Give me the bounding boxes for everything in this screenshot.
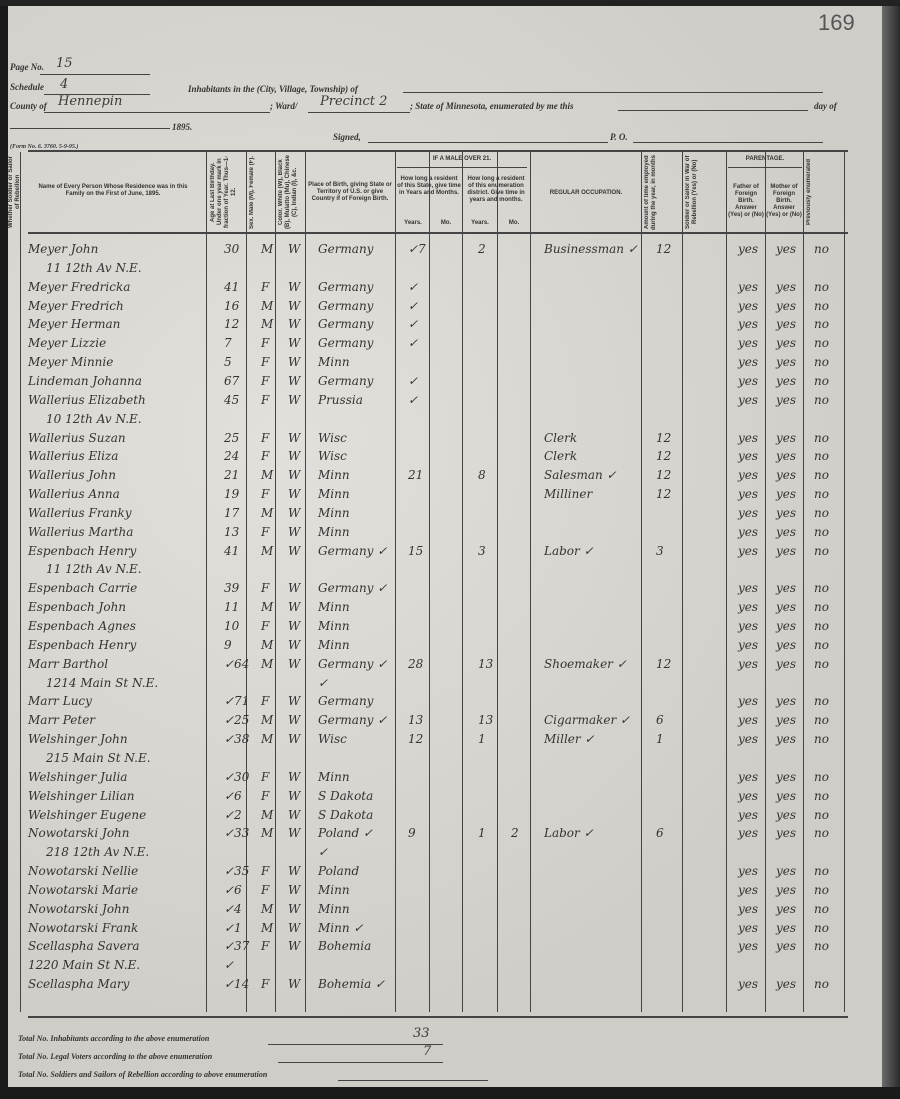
- row-name: Wallerius Franky: [28, 506, 132, 520]
- row-previously: no: [814, 808, 829, 822]
- table-row: Espenbach Henry41MWGermany ✓153Labor ✓3y…: [16, 544, 836, 562]
- row-sex: F: [261, 355, 269, 369]
- row-state-years: 12: [408, 732, 423, 746]
- row-district-years: 3: [478, 544, 486, 558]
- col-state-years: Years.: [397, 220, 429, 227]
- col-father: Father of Foreign Birth. Answer (Yes) or…: [728, 184, 764, 219]
- row-birthplace: Bohemia: [318, 939, 371, 953]
- row-mother-foreign: yes: [776, 336, 796, 350]
- row-color: W: [288, 299, 300, 313]
- row-name: Nowotarski Marie: [28, 883, 138, 897]
- row-sex: M: [261, 299, 273, 313]
- row-name: Welshinger Lilian: [28, 789, 134, 803]
- row-age: ✓37: [224, 939, 249, 953]
- row-father-foreign: yes: [738, 619, 758, 633]
- row-months: 1: [656, 732, 664, 746]
- row-age: 45: [224, 393, 239, 407]
- row-sex: M: [261, 544, 273, 558]
- row-father-foreign: yes: [738, 902, 758, 916]
- row-father-foreign: yes: [738, 826, 758, 840]
- row-age: ✓64: [224, 657, 249, 671]
- table-row: Meyer Fredricka41FWGermany✓yesyesno: [16, 280, 836, 298]
- table-row: Wallerius Suzan25FWWiscClerk12yesyesno: [16, 431, 836, 449]
- row-birthplace: ✓: [318, 676, 328, 690]
- row-color: W: [288, 657, 300, 671]
- table-row: Wallerius Martha13FWMinnyesyesno: [16, 525, 836, 543]
- total-soldiers-label: Total No. Soldiers and Sailors of Rebell…: [18, 1070, 267, 1079]
- row-mother-foreign: yes: [776, 242, 796, 256]
- row-previously: no: [814, 789, 829, 803]
- table-row: Scellaspha Mary✓14FWBohemia ✓yesyesno: [16, 977, 836, 995]
- row-name: Meyer Fredrich: [28, 299, 124, 313]
- row-previously: no: [814, 921, 829, 935]
- row-sex: F: [261, 393, 269, 407]
- row-previously: no: [814, 374, 829, 388]
- row-district-years: 13: [478, 713, 493, 727]
- row-father-foreign: yes: [738, 280, 758, 294]
- row-previously: no: [814, 431, 829, 445]
- row-mother-foreign: yes: [776, 525, 796, 539]
- row-sex: F: [261, 939, 269, 953]
- row-color: W: [288, 694, 300, 708]
- table-row: Wallerius Anna19FWMinnMilliner12yesyesno: [16, 487, 836, 505]
- row-father-foreign: yes: [738, 374, 758, 388]
- row-age: 10: [224, 619, 239, 633]
- table-row: Welshinger John✓38MWWisc121Miller ✓1yesy…: [16, 732, 836, 750]
- row-color: W: [288, 619, 300, 633]
- table-row: Meyer Lizzie7FWGermany✓yesyesno: [16, 336, 836, 354]
- row-previously: no: [814, 732, 829, 746]
- row-mother-foreign: yes: [776, 902, 796, 916]
- row-name: Meyer John: [28, 242, 98, 256]
- row-state-years: ✓: [408, 280, 418, 294]
- row-mother-foreign: yes: [776, 600, 796, 614]
- row-color: W: [288, 902, 300, 916]
- row-birthplace: ✓: [318, 845, 328, 859]
- table-row: Lindeman Johanna67FWGermany✓yesyesno: [16, 374, 836, 392]
- row-previously: no: [814, 506, 829, 520]
- row-sex: F: [261, 789, 269, 803]
- total-inhabitants-value: 33: [413, 1026, 430, 1041]
- row-color: W: [288, 449, 300, 463]
- row-months: 12: [656, 449, 671, 463]
- row-color: W: [288, 242, 300, 256]
- row-name: Wallerius Elizabeth: [28, 393, 146, 407]
- sheet-number: 169: [818, 10, 855, 36]
- table-row: Scellaspha Savera✓37FWBohemiayesyesno: [16, 939, 836, 957]
- total-voters-value: 7: [423, 1044, 431, 1059]
- row-mother-foreign: yes: [776, 883, 796, 897]
- row-name: Wallerius Suzan: [28, 431, 126, 445]
- row-birthplace: Minn: [318, 506, 350, 520]
- row-name: Meyer Minnie: [28, 355, 113, 369]
- row-age: ✓6: [224, 789, 242, 803]
- row-sex: M: [261, 921, 273, 935]
- row-name: Espenbach Henry: [28, 544, 136, 558]
- row-name: Nowotarski Frank: [28, 921, 138, 935]
- col-res-district: How long a resident of this enumeration …: [464, 176, 528, 204]
- row-sex: F: [261, 581, 269, 595]
- row-father-foreign: yes: [738, 525, 758, 539]
- row-previously: no: [814, 770, 829, 784]
- row-birthplace: Germany ✓: [318, 581, 387, 595]
- table-row: Marr Peter✓25MWGermany ✓1313Cigarmaker ✓…: [16, 713, 836, 731]
- table-row: 11 12th Av N.E.: [16, 261, 836, 279]
- row-age: ✓35: [224, 864, 249, 878]
- col-res-state: How long a resident of this State, give …: [397, 176, 461, 197]
- row-father-foreign: yes: [738, 638, 758, 652]
- row-birthplace: Minn: [318, 487, 350, 501]
- row-previously: no: [814, 280, 829, 294]
- row-months: 12: [656, 431, 671, 445]
- row-mother-foreign: yes: [776, 317, 796, 331]
- row-father-foreign: yes: [738, 355, 758, 369]
- row-color: W: [288, 713, 300, 727]
- row-birthplace: Minn: [318, 525, 350, 539]
- row-mother-foreign: yes: [776, 713, 796, 727]
- row-mother-foreign: yes: [776, 789, 796, 803]
- row-birthplace: Germany: [318, 336, 373, 350]
- row-father-foreign: yes: [738, 789, 758, 803]
- row-father-foreign: yes: [738, 600, 758, 614]
- row-state-years: ✓: [408, 374, 418, 388]
- row-age: 21: [224, 468, 239, 482]
- row-previously: no: [814, 487, 829, 501]
- table-row: Wallerius Eliza24FWWiscClerk12yesyesno: [16, 449, 836, 467]
- row-father-foreign: yes: [738, 883, 758, 897]
- row-occupation: Shoemaker ✓: [544, 657, 627, 671]
- row-age: ✓30: [224, 770, 249, 784]
- col-sex: Sex. Male (M), Female (F).: [249, 154, 273, 230]
- row-color: W: [288, 883, 300, 897]
- row-district-months: 2: [511, 826, 519, 840]
- schedule-value: 4: [60, 77, 68, 92]
- col-parentage: PARENTAGE.: [728, 156, 802, 168]
- row-name: Meyer Herman: [28, 317, 120, 331]
- signed-label: Signed,: [333, 132, 361, 142]
- row-color: W: [288, 525, 300, 539]
- table-row: 218 12th Av N.E.✓: [16, 845, 836, 863]
- col-soldier-rebellion: Soldier or Sailor in War of Rebellion (Y…: [685, 154, 723, 230]
- row-name: 10 12th Av N.E.: [46, 412, 142, 426]
- row-name: Wallerius Martha: [28, 525, 133, 539]
- row-mother-foreign: yes: [776, 977, 796, 991]
- col-age: Age at Last Birthday. Under one year mar…: [210, 154, 242, 230]
- row-color: W: [288, 921, 300, 935]
- row-birthplace: Poland: [318, 864, 359, 878]
- row-birthplace: Germany ✓: [318, 657, 387, 671]
- row-mother-foreign: yes: [776, 468, 796, 482]
- table-row: Espenbach Agnes10FWMinnyesyesno: [16, 619, 836, 637]
- row-occupation: Labor ✓: [544, 826, 594, 840]
- row-age: 11: [224, 600, 239, 614]
- row-previously: no: [814, 393, 829, 407]
- row-previously: no: [814, 883, 829, 897]
- row-birthplace: Wisc: [318, 431, 347, 445]
- row-previously: no: [814, 449, 829, 463]
- table-row: Espenbach Carrie39FWGermany ✓yesyesno: [16, 581, 836, 599]
- row-birthplace: Germany: [318, 280, 373, 294]
- table-row: Espenbach Henry9MWMinnyesyesno: [16, 638, 836, 656]
- row-name: Scellaspha Mary: [28, 977, 129, 991]
- row-district-years: 13: [478, 657, 493, 671]
- row-age: 12: [224, 317, 239, 331]
- row-occupation: Clerk: [544, 449, 577, 463]
- row-name: Welshinger Julia: [28, 770, 127, 784]
- row-state-years: 9: [408, 826, 416, 840]
- row-birthplace: Minn ✓: [318, 921, 363, 935]
- row-previously: no: [814, 638, 829, 652]
- row-mother-foreign: yes: [776, 581, 796, 595]
- row-birthplace: S Dakota: [318, 808, 373, 822]
- col-name: Name of Every Person Whose Residence was…: [38, 184, 188, 198]
- row-birthplace: Minn: [318, 770, 350, 784]
- row-age: 25: [224, 431, 239, 445]
- row-mother-foreign: yes: [776, 732, 796, 746]
- row-name: Lindeman Johanna: [28, 374, 142, 388]
- po-label: P. O.: [610, 132, 628, 142]
- row-name: 218 12th Av N.E.: [46, 845, 149, 859]
- row-sex: M: [261, 468, 273, 482]
- row-age: 19: [224, 487, 239, 501]
- row-sex: M: [261, 808, 273, 822]
- row-previously: no: [814, 600, 829, 614]
- row-birthplace: Minn: [318, 600, 350, 614]
- col-dist-mo: Mo.: [498, 220, 530, 227]
- table-row: Marr Barthol✓64MWGermany ✓2813Shoemaker …: [16, 657, 836, 675]
- row-previously: no: [814, 902, 829, 916]
- row-color: W: [288, 355, 300, 369]
- row-mother-foreign: yes: [776, 449, 796, 463]
- col-male-over-21: IF A MALE OVER 21.: [397, 156, 527, 168]
- row-birthplace: Germany: [318, 374, 373, 388]
- row-months: 12: [656, 242, 671, 256]
- row-previously: no: [814, 544, 829, 558]
- row-age: ✓2: [224, 808, 242, 822]
- col-mother: Mother of Foreign Birth. Answer (Yes) or…: [766, 184, 802, 219]
- row-birthplace: Minn: [318, 468, 350, 482]
- row-birthplace: Germany: [318, 694, 373, 708]
- row-state-years: ✓: [408, 393, 418, 407]
- row-father-foreign: yes: [738, 732, 758, 746]
- row-mother-foreign: yes: [776, 506, 796, 520]
- table-row: Welshinger Julia✓30FWMinnyesyesno: [16, 770, 836, 788]
- row-name: Meyer Fredricka: [28, 280, 130, 294]
- row-father-foreign: yes: [738, 713, 758, 727]
- row-name: Wallerius Eliza: [28, 449, 118, 463]
- row-previously: no: [814, 864, 829, 878]
- row-sex: M: [261, 732, 273, 746]
- row-sex: M: [261, 317, 273, 331]
- row-previously: no: [814, 619, 829, 633]
- row-previously: no: [814, 317, 829, 331]
- row-name: Welshinger John: [28, 732, 128, 746]
- table-row: Welshinger Lilian✓6FWS Dakotayesyesno: [16, 789, 836, 807]
- row-sex: F: [261, 883, 269, 897]
- table-row: Nowotarski Nellie✓35FWPolandyesyesno: [16, 864, 836, 882]
- row-sex: F: [261, 694, 269, 708]
- table-row: Meyer Fredrich16MWGermany✓yesyesno: [16, 299, 836, 317]
- row-father-foreign: yes: [738, 317, 758, 331]
- row-age: 41: [224, 280, 239, 294]
- row-months: 6: [656, 713, 664, 727]
- row-color: W: [288, 732, 300, 746]
- table-row: Welshinger Eugene✓2MWS Dakotayesyesno: [16, 808, 836, 826]
- row-color: W: [288, 544, 300, 558]
- row-mother-foreign: yes: [776, 544, 796, 558]
- table-row: Wallerius Elizabeth45FWPrussia✓yesyesno: [16, 393, 836, 411]
- row-previously: no: [814, 525, 829, 539]
- row-mother-foreign: yes: [776, 299, 796, 313]
- row-birthplace: Minn: [318, 902, 350, 916]
- row-color: W: [288, 487, 300, 501]
- row-name: Espenbach Carrie: [28, 581, 137, 595]
- row-birthplace: Wisc: [318, 449, 347, 463]
- row-name: Marr Lucy: [28, 694, 92, 708]
- row-birthplace: Germany ✓: [318, 713, 387, 727]
- row-birthplace: Germany: [318, 317, 373, 331]
- row-mother-foreign: yes: [776, 808, 796, 822]
- row-name: Nowotarski John: [28, 902, 130, 916]
- row-father-foreign: yes: [738, 487, 758, 501]
- row-color: W: [288, 506, 300, 520]
- table-row: Nowotarski John✓33MWPoland ✓912Labor ✓6y…: [16, 826, 836, 844]
- row-sex: F: [261, 487, 269, 501]
- row-father-foreign: yes: [738, 694, 758, 708]
- row-name: Espenbach John: [28, 600, 126, 614]
- row-color: W: [288, 939, 300, 953]
- row-sex: F: [261, 977, 269, 991]
- row-previously: no: [814, 694, 829, 708]
- table-row: Meyer Herman12MWGermany✓yesyesno: [16, 317, 836, 335]
- row-occupation: Salesman ✓: [544, 468, 617, 482]
- row-color: W: [288, 431, 300, 445]
- table-row: Wallerius John21MWMinn218Salesman ✓12yes…: [16, 468, 836, 486]
- row-name: Nowotarski Nellie: [28, 864, 138, 878]
- row-father-foreign: yes: [738, 864, 758, 878]
- row-age: 39: [224, 581, 239, 595]
- row-sex: M: [261, 242, 273, 256]
- row-birthplace: S Dakota: [318, 789, 373, 803]
- row-state-years: 13: [408, 713, 423, 727]
- row-state-years: ✓: [408, 299, 418, 313]
- row-sex: F: [261, 374, 269, 388]
- table-row: Nowotarski Frank✓1MWMinn ✓yesyesno: [16, 921, 836, 939]
- row-age: ✓14: [224, 977, 249, 991]
- table-row: 215 Main St N.E.: [16, 751, 836, 769]
- row-color: W: [288, 600, 300, 614]
- row-name: Wallerius Anna: [28, 487, 120, 501]
- row-age: 16: [224, 299, 239, 313]
- row-name: 11 12th Av N.E.: [46, 562, 142, 576]
- row-state-years: 21: [408, 468, 423, 482]
- row-name: Meyer Lizzie: [28, 336, 106, 350]
- row-mother-foreign: yes: [776, 657, 796, 671]
- row-color: W: [288, 336, 300, 350]
- table-row: Meyer Minnie5FWMinnyesyesno: [16, 355, 836, 373]
- row-age: 24: [224, 449, 239, 463]
- county-value: Hennepin: [58, 94, 122, 109]
- row-father-foreign: yes: [738, 431, 758, 445]
- row-father-foreign: yes: [738, 468, 758, 482]
- table-row: Nowotarski John✓4MWMinnyesyesno: [16, 902, 836, 920]
- table-row: Marr Lucy✓71FWGermanyyesyesno: [16, 694, 836, 712]
- row-mother-foreign: yes: [776, 770, 796, 784]
- row-color: W: [288, 977, 300, 991]
- table-row: 10 12th Av N.E.: [16, 412, 836, 430]
- row-sex: F: [261, 336, 269, 350]
- row-name: Welshinger Eugene: [28, 808, 146, 822]
- row-previously: no: [814, 713, 829, 727]
- table-row: Wallerius Franky17MWMinnyesyesno: [16, 506, 836, 524]
- row-sex: M: [261, 902, 273, 916]
- row-occupation: Milliner: [544, 487, 592, 501]
- row-color: W: [288, 770, 300, 784]
- row-mother-foreign: yes: [776, 864, 796, 878]
- year: 1895.: [172, 122, 192, 132]
- row-mother-foreign: yes: [776, 393, 796, 407]
- row-months: 12: [656, 657, 671, 671]
- table-row: 1214 Main St N.E.✓: [16, 676, 836, 694]
- row-previously: no: [814, 355, 829, 369]
- row-color: W: [288, 789, 300, 803]
- row-father-foreign: yes: [738, 808, 758, 822]
- row-previously: no: [814, 242, 829, 256]
- col-soldier: Whether Soldier or Sailor of Rebellion: [8, 154, 20, 230]
- row-age: ✓25: [224, 713, 249, 727]
- row-sex: F: [261, 280, 269, 294]
- row-district-years: 2: [478, 242, 486, 256]
- col-occupation: REGULAR OCCUPATION.: [532, 190, 640, 197]
- row-age: 7: [224, 336, 232, 350]
- row-age: 9: [224, 638, 232, 652]
- row-name: Marr Peter: [28, 713, 95, 727]
- row-sex: M: [261, 713, 273, 727]
- row-occupation: Miller ✓: [544, 732, 595, 746]
- ward-value: Precinct 2: [320, 94, 387, 109]
- row-mother-foreign: yes: [776, 638, 796, 652]
- row-birthplace: Bohemia ✓: [318, 977, 385, 991]
- total-inhabitants-label: Total No. Inhabitants according to the a…: [18, 1034, 209, 1043]
- row-occupation: Labor ✓: [544, 544, 594, 558]
- col-state-mo: Mo.: [430, 220, 462, 227]
- row-color: W: [288, 826, 300, 840]
- row-age: ✓1: [224, 921, 242, 935]
- row-birthplace: Minn: [318, 883, 350, 897]
- row-age: ✓: [224, 958, 234, 972]
- row-name: 1220 Main St N.E.: [28, 958, 140, 972]
- row-age: 13: [224, 525, 239, 539]
- row-mother-foreign: yes: [776, 619, 796, 633]
- row-birthplace: Poland ✓: [318, 826, 373, 840]
- page-no-value: 15: [56, 56, 73, 71]
- row-father-foreign: yes: [738, 242, 758, 256]
- col-dist-years: Years.: [464, 220, 496, 227]
- row-state-years: 28: [408, 657, 423, 671]
- row-birthplace: Germany ✓: [318, 544, 387, 558]
- table-row: 11 12th Av N.E.: [16, 562, 836, 580]
- row-mother-foreign: yes: [776, 694, 796, 708]
- row-father-foreign: yes: [738, 299, 758, 313]
- day-label: day of: [814, 101, 837, 111]
- row-name: Wallerius John: [28, 468, 116, 482]
- row-previously: no: [814, 977, 829, 991]
- row-mother-foreign: yes: [776, 280, 796, 294]
- row-sex: M: [261, 600, 273, 614]
- row-age: ✓71: [224, 694, 249, 708]
- row-district-years: 1: [478, 732, 486, 746]
- row-father-foreign: yes: [738, 977, 758, 991]
